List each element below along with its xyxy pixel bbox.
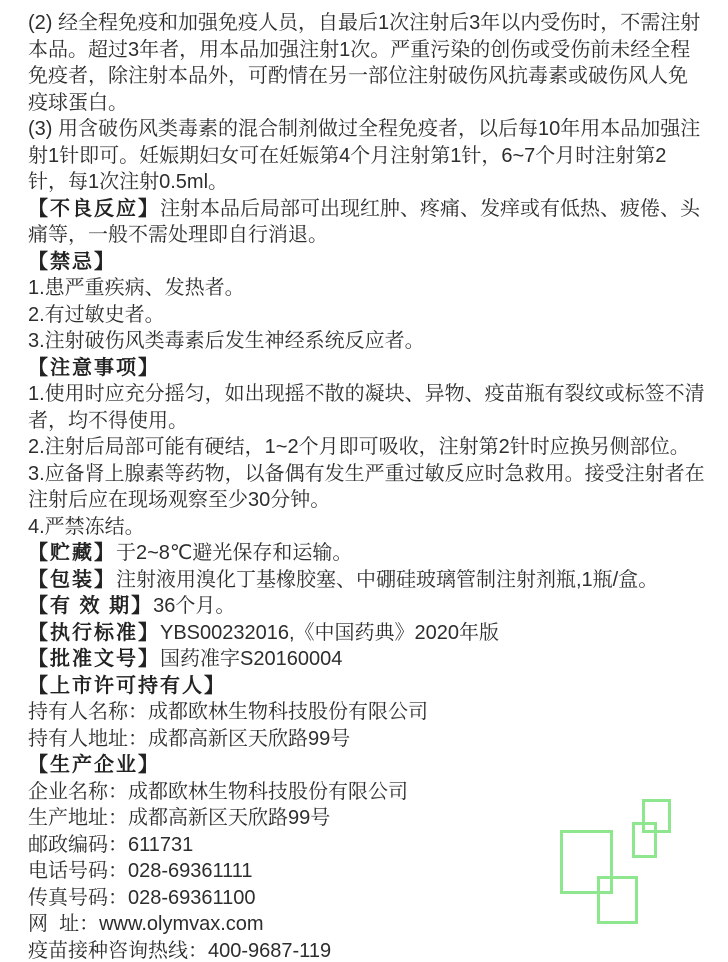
section-validity-period: 【有 效 期】36个月。	[28, 593, 706, 620]
usage-paragraph-2-text: (2) 经全程免疫和加强免疫人员，自最后1次注射后3年以内受伤时，不需注射本品。…	[28, 12, 700, 114]
section-approval-number-label: 【批准文号】	[28, 648, 160, 670]
company-name-text: 企业名称：成都欧林生物科技股份有限公司	[28, 781, 408, 803]
section-approval-number-text: 国药准字S20160004	[160, 648, 342, 670]
production-address-text: 生产地址：成都高新区天欣路99号	[28, 807, 330, 829]
usage-paragraph-3: (3) 用含破伤风类毒素的混合制剂做过全程免疫者，以后每10年用本品加强注射1针…	[28, 116, 706, 196]
vaccination-hotline: 疫苗接种咨询热线：400-9687-119	[28, 938, 706, 962]
precaution-item-2: 2.注射后局部可能有硬结，1~2个月即可吸收，注射第2针时应换另侧部位。	[28, 434, 706, 461]
section-storage-label: 【贮藏】	[28, 542, 116, 564]
section-manufacturer-label: 【生产企业】	[28, 754, 160, 776]
usage-paragraph-3-text: (3) 用含破伤风类毒素的混合制剂做过全程免疫者，以后每10年用本品加强注射1针…	[28, 118, 700, 193]
postal-code: 邮政编码：611731	[28, 832, 706, 859]
insert-text-column: (2) 经全程免疫和加强免疫人员，自最后1次注射后3年以内受伤时，不需注射本品。…	[28, 10, 706, 962]
section-storage-text: 于2~8℃避光保存和运输。	[116, 542, 352, 564]
contraindication-item-2: 2.有过敏史者。	[28, 302, 706, 329]
section-contraindications-label: 【禁忌】	[28, 251, 116, 273]
section-adverse-reactions: 【不良反应】注射本品后局部可出现红肿、疼痛、发痒或有低热、疲倦、头痛等，一般不需…	[28, 196, 706, 249]
fax-number: 传真号码：028-69361100	[28, 885, 706, 912]
vaccination-hotline-text: 疫苗接种咨询热线：400-9687-119	[28, 940, 331, 962]
section-executive-standard: 【执行标准】YBS00232016,《中国药典》2020年版	[28, 620, 706, 647]
section-precautions: 【注意事项】	[28, 355, 706, 382]
section-storage: 【贮藏】于2~8℃避光保存和运输。	[28, 540, 706, 567]
contraindication-item-2-text: 2.有过敏史者。	[28, 304, 165, 326]
company-name: 企业名称：成都欧林生物科技股份有限公司	[28, 779, 706, 806]
website: 网 址：www.olymvax.com	[28, 911, 706, 938]
precaution-item-3-text: 3.应备肾上腺素等药物，以备偶有发生严重过敏反应时急救用。接受注射者在注射后应在…	[28, 463, 705, 512]
section-packaging: 【包装】注射液用溴化丁基橡胶塞、中硼硅玻璃管制注射剂瓶,1瓶/盒。	[28, 567, 706, 594]
website-text: 网 址：www.olymvax.com	[28, 913, 264, 935]
section-adverse-reactions-label: 【不良反应】	[28, 198, 160, 220]
holder-address: 持有人地址：成都高新区天欣路99号	[28, 726, 706, 753]
holder-address-text: 持有人地址：成都高新区天欣路99号	[28, 728, 350, 750]
section-validity-period-text: 36个月。	[153, 595, 235, 617]
section-marketing-authorization-holder-label: 【上市许可持有人】	[28, 675, 226, 697]
usage-paragraph-2: (2) 经全程免疫和加强免疫人员，自最后1次注射后3年以内受伤时，不需注射本品。…	[28, 10, 706, 116]
postal-code-text: 邮政编码：611731	[28, 834, 193, 856]
fax-number-text: 传真号码：028-69361100	[28, 887, 256, 909]
telephone-number: 电话号码：028-69361111	[28, 858, 706, 885]
contraindication-item-1-text: 1.患严重疾病、发热者。	[28, 277, 245, 299]
section-marketing-authorization-holder: 【上市许可持有人】	[28, 673, 706, 700]
section-contraindications: 【禁忌】	[28, 249, 706, 276]
section-executive-standard-label: 【执行标准】	[28, 622, 160, 644]
section-executive-standard-text: YBS00232016,《中国药典》2020年版	[160, 622, 499, 644]
section-validity-period-label: 【有 效 期】	[28, 595, 153, 617]
section-manufacturer: 【生产企业】	[28, 752, 706, 779]
contraindication-item-3-text: 3.注射破伤风类毒素后发生神经系统反应者。	[28, 330, 425, 352]
holder-name: 持有人名称：成都欧林生物科技股份有限公司	[28, 699, 706, 726]
contraindication-item-1: 1.患严重疾病、发热者。	[28, 275, 706, 302]
production-address: 生产地址：成都高新区天欣路99号	[28, 805, 706, 832]
section-packaging-text: 注射液用溴化丁基橡胶塞、中硼硅玻璃管制注射剂瓶,1瓶/盒。	[116, 569, 658, 591]
precaution-item-3: 3.应备肾上腺素等药物，以备偶有发生严重过敏反应时急救用。接受注射者在注射后应在…	[28, 461, 706, 514]
section-approval-number: 【批准文号】国药准字S20160004	[28, 646, 706, 673]
contraindication-item-3: 3.注射破伤风类毒素后发生神经系统反应者。	[28, 328, 706, 355]
telephone-number-text: 电话号码：028-69361111	[28, 860, 253, 882]
precaution-item-1-text: 1.使用时应充分摇匀，如出现摇不散的凝块、异物、疫苗瓶有裂纹或标签不清者，均不得…	[28, 383, 705, 432]
precaution-item-4: 4.严禁冻结。	[28, 514, 706, 541]
precaution-item-2-text: 2.注射后局部可能有硬结，1~2个月即可吸收，注射第2针时应换另侧部位。	[28, 436, 690, 458]
section-packaging-label: 【包装】	[28, 569, 116, 591]
precaution-item-1: 1.使用时应充分摇匀，如出现摇不散的凝块、异物、疫苗瓶有裂纹或标签不清者，均不得…	[28, 381, 706, 434]
holder-name-text: 持有人名称：成都欧林生物科技股份有限公司	[28, 701, 428, 723]
section-precautions-label: 【注意事项】	[28, 357, 160, 379]
precaution-item-4-text: 4.严禁冻结。	[28, 516, 145, 538]
package-insert-page: (2) 经全程免疫和加强免疫人员，自最后1次注射后3年以内受伤时，不需注射本品。…	[0, 0, 728, 962]
